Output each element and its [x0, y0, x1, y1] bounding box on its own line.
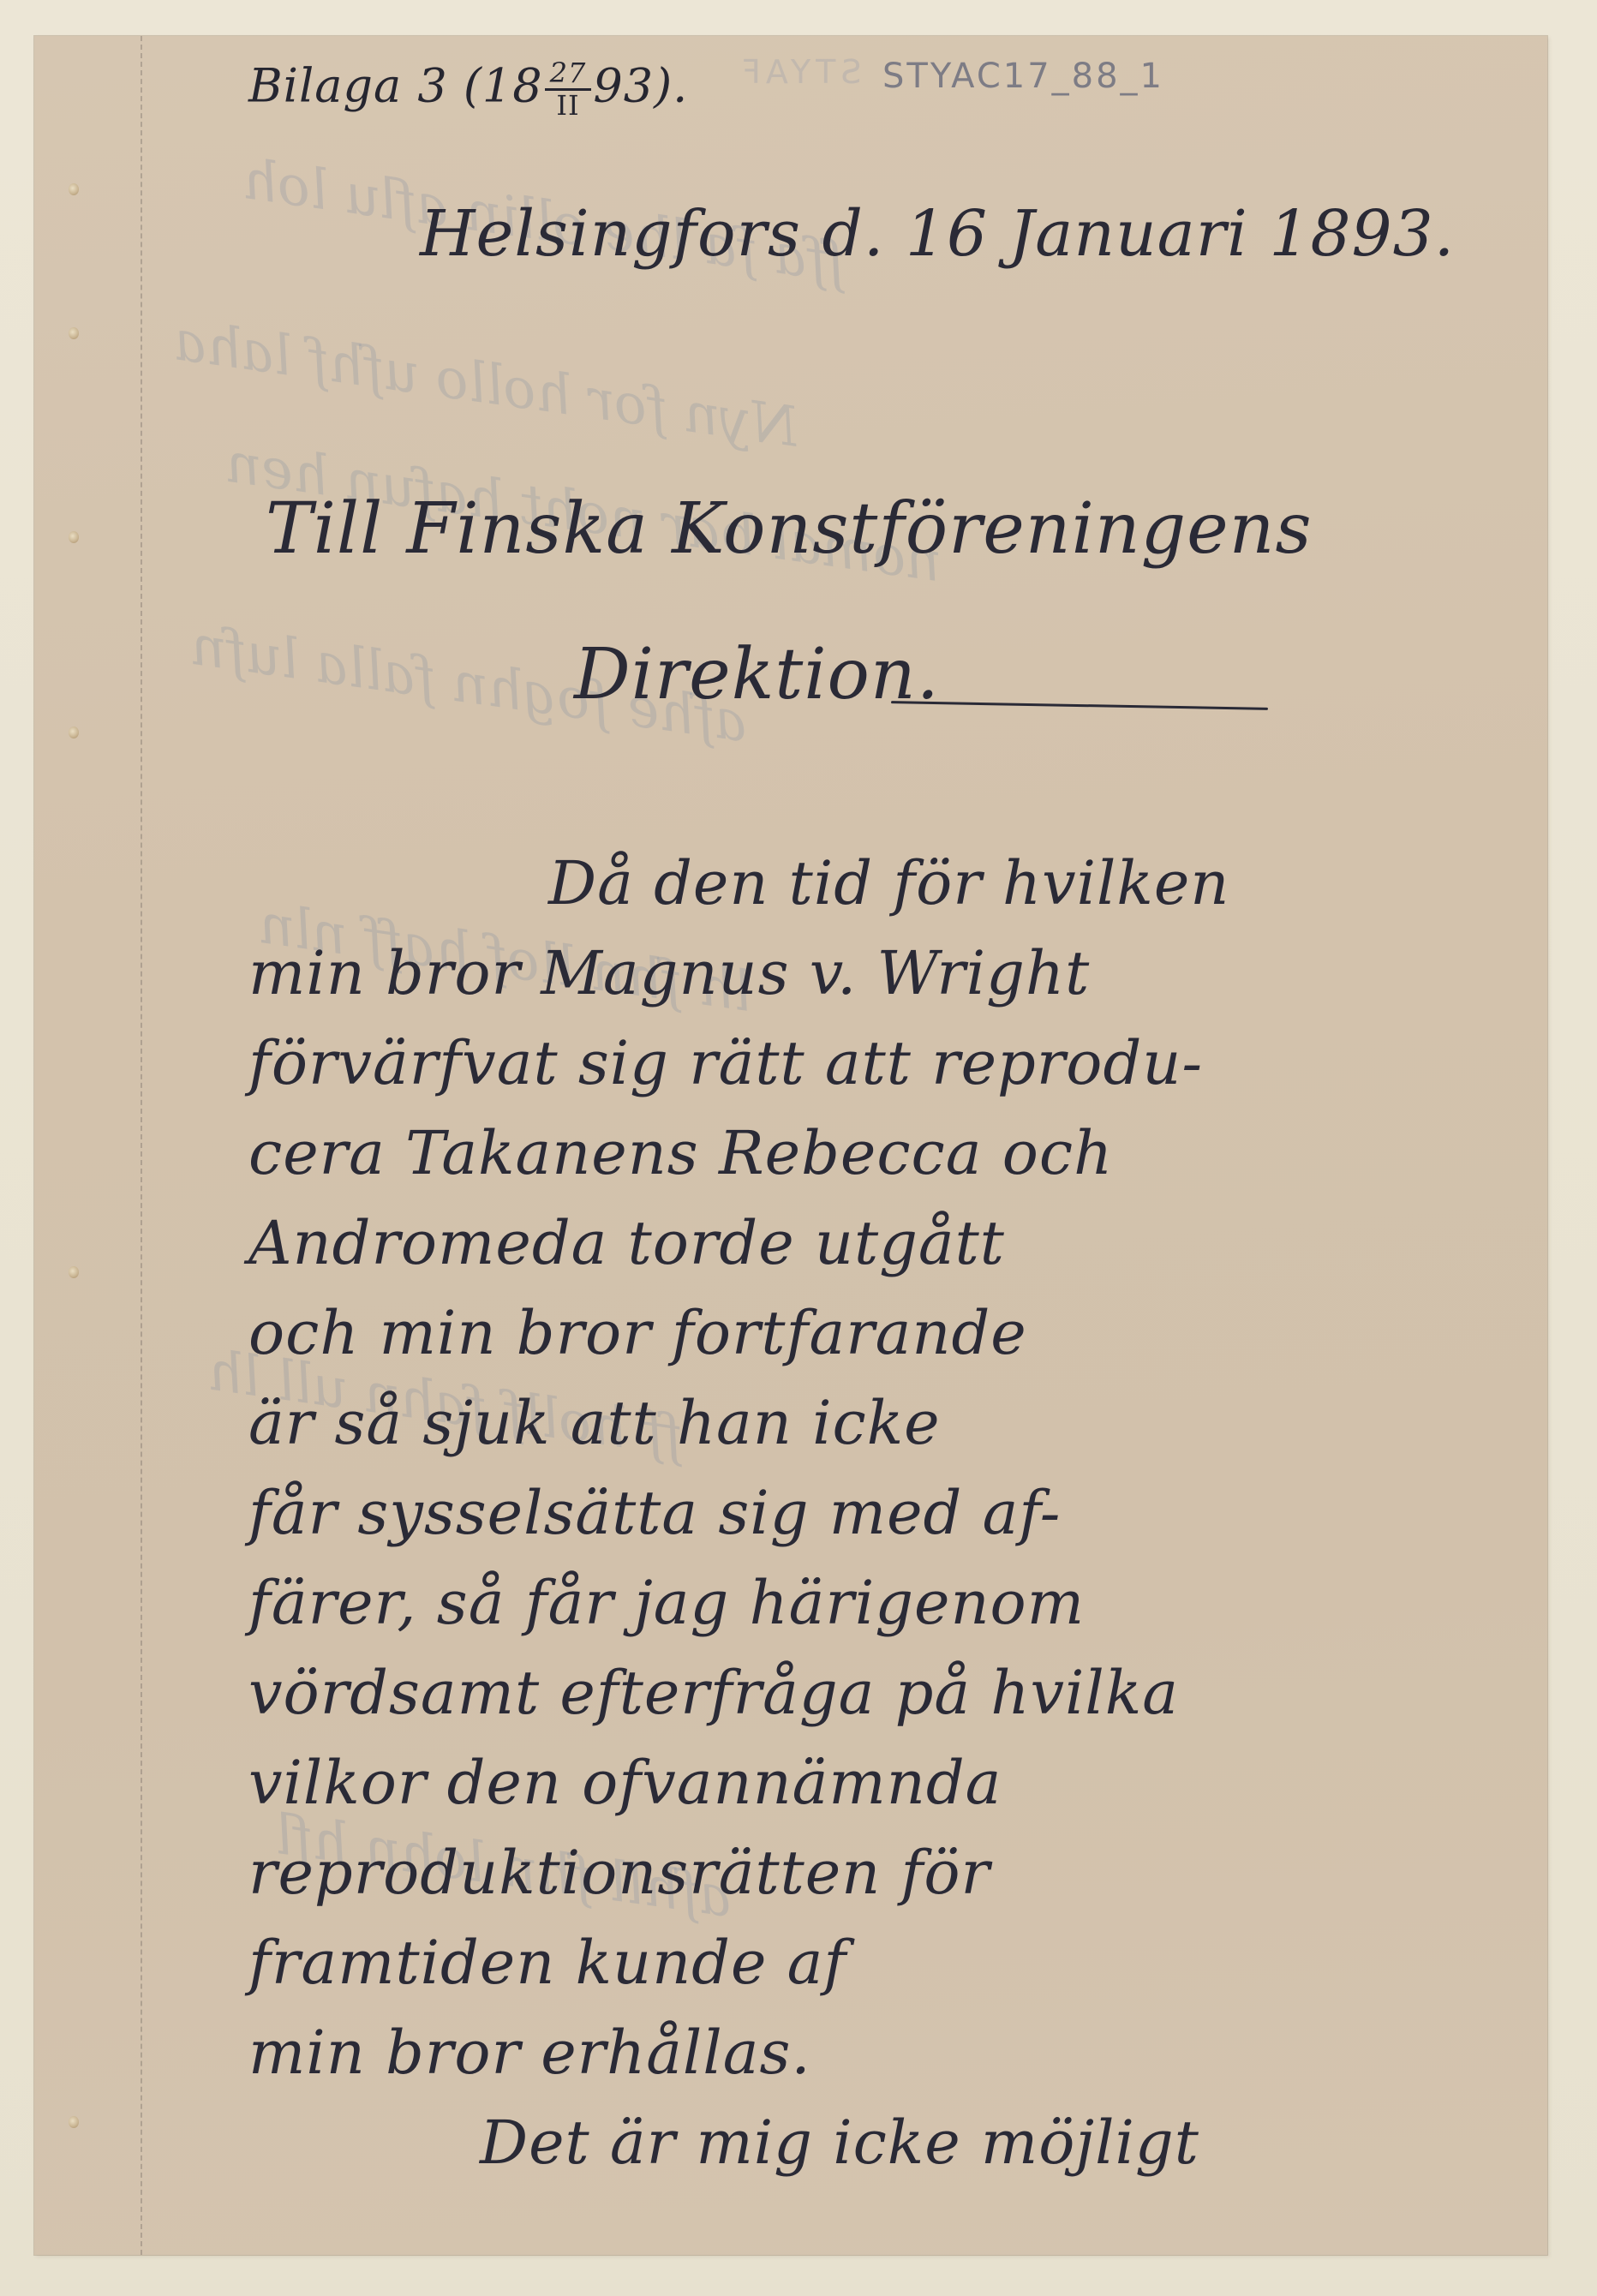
margin-fold-line	[141, 36, 142, 2255]
annotation-prefix: Bilaga 3 (18	[248, 59, 543, 113]
punch-hole	[69, 726, 79, 738]
fraction-denominator: II	[545, 91, 592, 121]
punch-hole	[69, 2116, 79, 2128]
dateline: Helsingfors d. 16 Januari 1893.	[420, 197, 1455, 271]
letter-line: framtiden kunde af	[248, 1928, 846, 1998]
punch-hole	[69, 183, 79, 195]
attachment-annotation: Bilaga 3 (1827II93).	[248, 58, 688, 121]
annotation-fraction: 27II	[545, 58, 592, 121]
letter-line: reproduktionsrätten för	[248, 1838, 990, 1908]
faint-stamp-mark: STYAF	[737, 53, 861, 91]
letter-line: får sysselsätta sig med af-	[248, 1478, 1061, 1548]
salutation-line-1: Till Finska Konstföreningens	[266, 488, 1313, 570]
letter-line: Det är mig icke möjligt	[480, 2108, 1199, 2178]
punch-hole	[69, 531, 79, 543]
bleed-through-text: Nyn for hollo ufhf laha	[170, 309, 802, 460]
letter-line: vilkor den ofvannämnda	[248, 1748, 1002, 1818]
letter-line: är så sjuk att han icke	[248, 1388, 941, 1458]
fraction-numerator: 27	[545, 58, 592, 91]
punch-hole	[69, 1266, 79, 1278]
catalog-number: STYAC17_88_1	[882, 57, 1164, 96]
letter-line: vördsamt efterfråga på hvilka	[248, 1658, 1179, 1728]
letter-line: förvärfvat sig rätt att reprodu-	[248, 1028, 1203, 1098]
salutation-line-2: Direktion.	[574, 634, 940, 715]
letter-line: och min bror fortfarande	[248, 1298, 1027, 1368]
annotation-suffix: 93).	[593, 59, 688, 113]
letter-line: cera Takanens Rebecca och	[248, 1118, 1113, 1188]
letter-line: färer, så får jag härigenom	[248, 1568, 1085, 1638]
letter-line: min bror erhållas.	[248, 2018, 811, 2088]
letter-line: Då den tid för hvilken	[548, 848, 1229, 918]
letter-line: min bror Magnus v. Wright	[248, 938, 1090, 1008]
punch-hole	[69, 327, 79, 339]
letter-line: Andromeda torde utgått	[248, 1208, 1005, 1278]
